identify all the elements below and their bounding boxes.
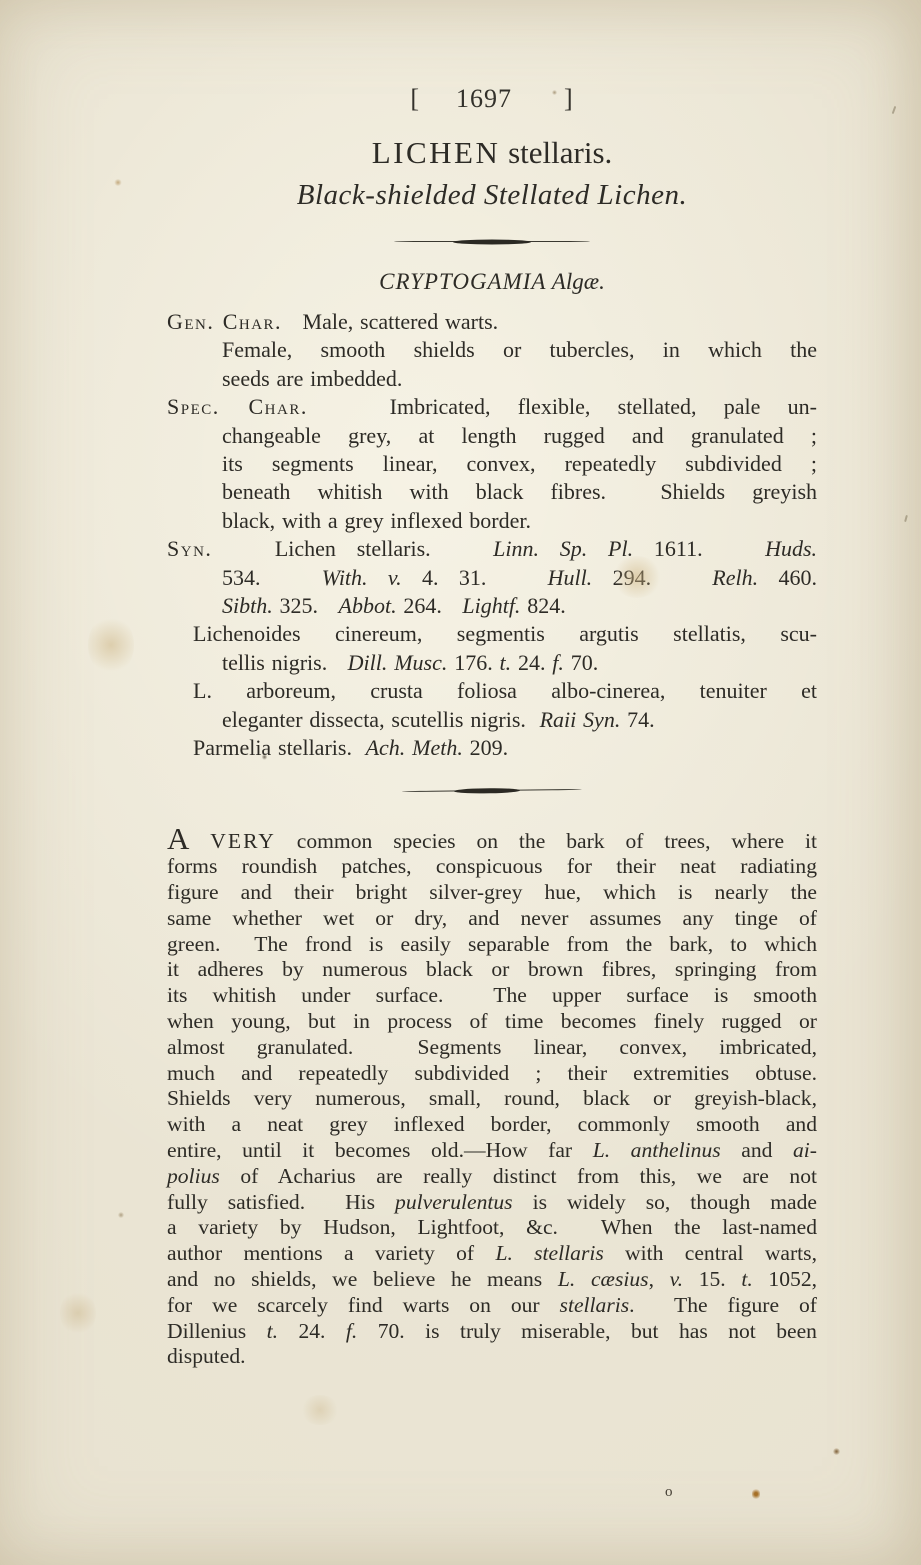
text-segment: v. <box>670 1267 683 1291</box>
text-line: same whether wet or dry, and never assum… <box>167 906 817 932</box>
text-segment: with central warts, <box>604 1241 817 1265</box>
text-segment: Abbot. <box>339 593 397 618</box>
text-segment: changeable grey, at length rugged and gr… <box>222 423 817 448</box>
text-segment: 70. is truly miserable, but has not been <box>357 1319 817 1343</box>
page-number: [1697] <box>167 84 817 114</box>
text-line: green. The frond is easily separable fro… <box>167 932 817 958</box>
text-segment: t. <box>741 1267 752 1291</box>
foxing-spot <box>833 1448 840 1455</box>
text-segment: 264. <box>397 593 463 618</box>
text-segment: author mentions a variety of <box>167 1241 495 1265</box>
text-segment: , <box>649 1267 670 1291</box>
text-segment <box>189 829 210 853</box>
text-segment: f. <box>346 1319 357 1343</box>
text-segment: 824. <box>520 593 565 618</box>
text-segment: 325. <box>273 593 339 618</box>
text-line: fully satisfied. His pulverulentus is wi… <box>167 1190 817 1216</box>
text-line: Female, smooth shields or tubercles, in … <box>167 336 817 364</box>
text-segment: with a neat grey inflexed border, common… <box>167 1112 817 1136</box>
text-segment: 74. <box>620 707 654 732</box>
text-segment: and <box>721 1138 793 1162</box>
ink-tick-mark <box>904 515 908 522</box>
text-segment: 4. 31. <box>402 565 548 590</box>
text-segment: 1611. <box>633 536 765 561</box>
text-segment: much and repeatedly subdivided ; their e… <box>167 1061 817 1085</box>
body-block: A VERY common species on the bark of tre… <box>167 823 817 1371</box>
text-line: for we scarcely find warts on our stella… <box>167 1293 817 1319</box>
text-segment: t. <box>267 1319 278 1343</box>
text-line: black, with a grey inflexed border. <box>167 507 817 535</box>
text-line: Sibth. 325. Abbot. 264. Lightf. 824. <box>167 592 817 620</box>
text-line: Shields very numerous, small, round, bla… <box>167 1086 817 1112</box>
text-segment: 24. <box>278 1319 346 1343</box>
text-segment: Hull. <box>548 565 593 590</box>
text-segment: 534. <box>222 565 322 590</box>
text-segment: its segments linear, convex, repeatedly … <box>222 451 817 476</box>
text-line: much and repeatedly subdivided ; their e… <box>167 1061 817 1087</box>
text-segment: seeds are imbedded. <box>222 366 402 391</box>
text-segment: 24. <box>511 650 552 675</box>
text-segment: its whitish under surface. The upper sur… <box>167 983 817 1007</box>
classification-line: CRYPTOGAMIA Algæ. <box>167 268 817 296</box>
text-segment: for we scarcely find warts on our <box>167 1293 560 1317</box>
text-segment: Dill. Musc. <box>348 650 448 675</box>
swelled-rule-top <box>394 238 590 245</box>
text-segment: Gen. Char. <box>167 309 282 334</box>
text-line: Syn. Lichen stellaris. Linn. Sp. Pl. 161… <box>167 535 817 563</box>
text-line: its whitish under surface. The upper sur… <box>167 983 817 1009</box>
text-segment: Lichenoides cinereum, segmentis argutis … <box>193 621 817 646</box>
text-line: eleganter dissecta, scutellis nigris. Ra… <box>167 706 817 734</box>
text-segment: t. <box>500 650 512 675</box>
text-segment: Syn. <box>167 536 212 561</box>
page-number-value: 1697 <box>456 84 512 113</box>
text-segment: ai- <box>793 1138 817 1162</box>
text-segment: Shields very numerous, small, round, bla… <box>167 1086 817 1110</box>
text-segment: 176. <box>447 650 499 675</box>
text-segment: almost granulated. Segments linear, conv… <box>167 1035 817 1059</box>
text-segment: Lichen stellaris. <box>212 536 493 561</box>
text-segment: 209. <box>463 735 508 760</box>
foxing-spot <box>118 1212 124 1218</box>
text-segment: Relh. <box>712 565 758 590</box>
text-line: Lichenoides cinereum, segmentis argutis … <box>167 620 817 648</box>
genus-name: LICHEN <box>372 135 501 170</box>
text-line: A VERY common species on the bark of tre… <box>167 823 817 855</box>
species-epithet: stellaris. <box>500 135 612 170</box>
text-segment: same whether wet or dry, and never assum… <box>167 906 817 930</box>
text-segment: Raii Syn. <box>540 707 621 732</box>
text-segment: With. v. <box>322 565 402 590</box>
text-segment: Male, scattered warts. <box>282 309 498 334</box>
text-line: Gen. Char. Male, scattered warts. <box>167 308 817 336</box>
text-segment: 460. <box>758 565 817 590</box>
text-line: almost granulated. Segments linear, conv… <box>167 1035 817 1061</box>
text-segment: Lightf. <box>462 593 520 618</box>
text-column: [1697] LICHEN stellaris. Black-shielded … <box>167 0 817 1370</box>
text-line: Spec. Char. Imbricated, flexible, stella… <box>167 393 817 421</box>
page-number-bracket-left: [ <box>410 84 420 114</box>
text-segment: forms roundish patches, conspicuous for … <box>167 854 817 878</box>
text-line: figure and their bright silver-grey hue,… <box>167 880 817 906</box>
common-name-subtitle: Black-shielded Stellated Lichen. <box>167 178 817 212</box>
text-line: when young, but in process of time becom… <box>167 1009 817 1035</box>
text-segment: figure and their bright silver-grey hue,… <box>167 880 817 904</box>
text-segment: Huds. <box>765 536 817 561</box>
text-segment: f. <box>552 650 564 675</box>
char-block: Gen. Char. Male, scattered warts.Female,… <box>167 308 817 763</box>
text-line: beneath whitish with black fibres. Shiel… <box>167 478 817 506</box>
text-segment: Linn. Sp. Pl. <box>493 536 633 561</box>
text-segment: of Acharius are really distinct from thi… <box>220 1164 817 1188</box>
text-segment: 15. <box>683 1267 741 1291</box>
classification-family: Algæ. <box>546 269 604 294</box>
text-line: with a neat grey inflexed border, common… <box>167 1112 817 1138</box>
page-number-bracket-right: ] <box>564 84 574 114</box>
foxing-spot <box>60 1290 96 1336</box>
text-segment: A <box>167 821 189 856</box>
text-segment: Ach. Meth. <box>366 735 463 760</box>
foxing-spot <box>752 1489 760 1499</box>
text-line: seeds are imbedded. <box>167 365 817 393</box>
text-segment: 294. <box>592 565 712 590</box>
scanned-page: [1697] LICHEN stellaris. Black-shielded … <box>0 0 921 1565</box>
text-line: disputed. <box>167 1344 817 1370</box>
text-line: Dillenius t. 24. f. 70. is truly miserab… <box>167 1319 817 1345</box>
text-segment: Parmelia stellaris. <box>193 735 366 760</box>
text-segment: L. stellaris <box>495 1241 603 1265</box>
text-segment: polius <box>167 1164 220 1188</box>
text-segment: L. anthelinus <box>593 1138 721 1162</box>
text-segment: L. cæsius <box>558 1267 649 1291</box>
text-segment: black, with a grey inflexed border. <box>222 508 531 533</box>
classification-order: CRYPTOGAMIA <box>379 269 546 294</box>
text-line: it adheres by numerous black or brown fi… <box>167 957 817 983</box>
text-segment: is widely so, though made <box>513 1190 817 1214</box>
text-line: a variety by Hudson, Lightfoot, &c. When… <box>167 1215 817 1241</box>
text-line: and no shields, we believe he means L. c… <box>167 1267 817 1293</box>
text-segment: eleganter dissecta, scutellis nigris. <box>222 707 540 732</box>
text-segment: and no shields, we believe he means <box>167 1267 558 1291</box>
species-title: LICHEN stellaris. <box>167 135 817 171</box>
text-segment: stellaris <box>560 1293 630 1317</box>
text-segment: pulverulentus <box>395 1190 513 1214</box>
text-line: L. arboreum, crusta foliosa albo-cinerea… <box>167 677 817 705</box>
text-segment: entire, until it becomes old.—How far <box>167 1138 593 1162</box>
foxing-spot <box>114 179 122 186</box>
text-segment: Female, smooth shields or tubercles, in … <box>222 337 817 362</box>
text-line: 534. With. v. 4. 31. Hull. 294. Relh. 46… <box>167 564 817 592</box>
ink-tick-mark <box>892 106 897 114</box>
text-segment: Dillenius <box>167 1319 267 1343</box>
text-segment: 70. <box>564 650 598 675</box>
foxing-spot <box>88 615 134 675</box>
text-segment: VERY <box>210 829 276 853</box>
text-line: polius of Acharius are really distinct f… <box>167 1164 817 1190</box>
foxing-spot <box>300 1395 340 1425</box>
text-segment: 1052, <box>753 1267 817 1291</box>
text-line: author mentions a variety of L. stellari… <box>167 1241 817 1267</box>
text-segment: Imbricated, flexible, stellated, pale un… <box>308 394 817 419</box>
text-segment: disputed. <box>167 1344 246 1368</box>
text-line: its segments linear, convex, repeatedly … <box>167 450 817 478</box>
text-segment: when young, but in process of time becom… <box>167 1009 817 1033</box>
text-line: Parmelia stellaris. Ach. Meth. 209. <box>167 734 817 762</box>
text-segment: common species on the bark of trees, whe… <box>276 829 817 853</box>
text-segment: Sibth. <box>222 593 273 618</box>
stray-letter-mark: o <box>665 1484 673 1501</box>
text-segment: L. arboreum, crusta foliosa albo-cinerea… <box>193 678 817 703</box>
text-segment: tellis nigris. <box>222 650 348 675</box>
text-segment: beneath whitish with black fibres. Shiel… <box>222 479 817 504</box>
text-line: tellis nigris. Dill. Musc. 176. t. 24. f… <box>167 649 817 677</box>
text-line: changeable grey, at length rugged and gr… <box>167 422 817 450</box>
text-segment: . The figure of <box>629 1293 817 1317</box>
text-segment: a variety by Hudson, Lightfoot, &c. When… <box>167 1215 817 1239</box>
text-line: entire, until it becomes old.—How far L.… <box>167 1138 817 1164</box>
text-segment: it adheres by numerous black or brown fi… <box>167 957 817 981</box>
swelled-rule-bottom <box>402 785 582 794</box>
text-segment: green. The frond is easily separable fro… <box>167 932 817 956</box>
text-line: forms roundish patches, conspicuous for … <box>167 854 817 880</box>
text-segment: fully satisfied. His <box>167 1190 395 1214</box>
text-segment: Spec. Char. <box>167 394 308 419</box>
